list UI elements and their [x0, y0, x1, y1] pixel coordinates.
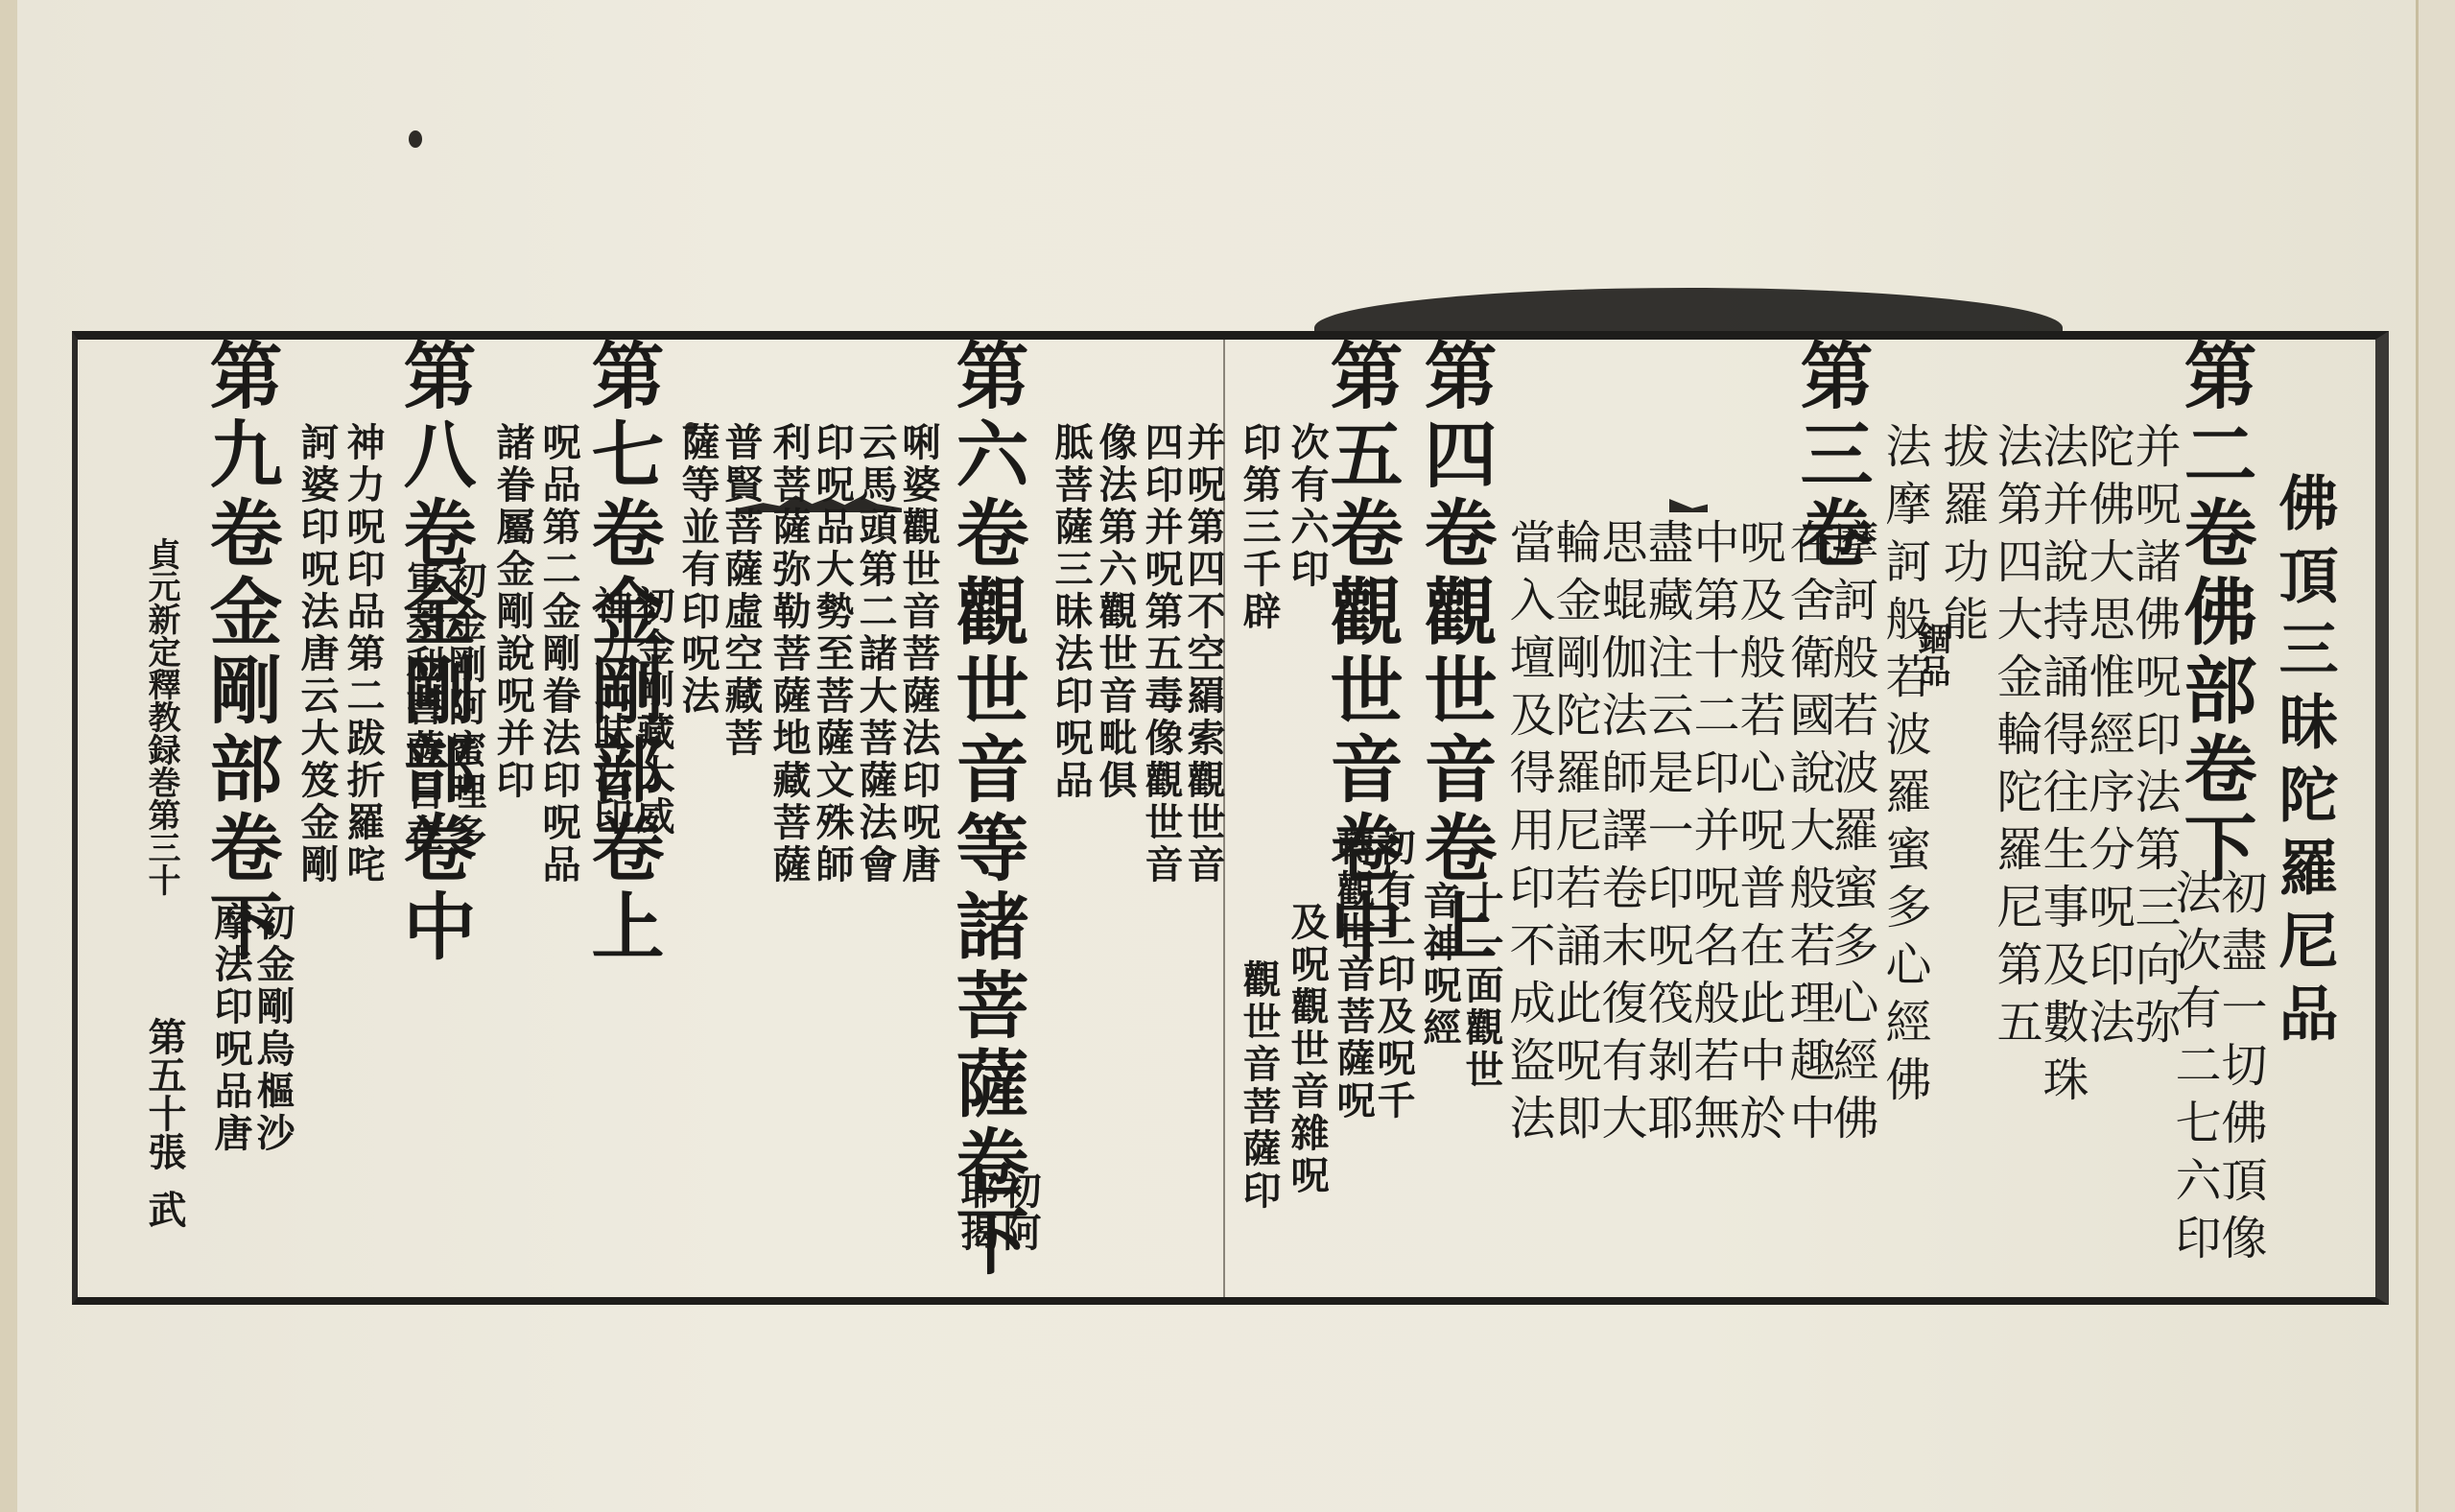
body-col-4b: 法第四大金輪陀羅尼第五	[1992, 422, 2040, 1055]
note-volume-9-a: 初金剛烏樞沙	[251, 902, 294, 1155]
ink-speck	[409, 130, 422, 148]
body-col-6i: 當入壇及得用印不成盜法	[1504, 518, 1552, 1151]
note-volume-7-b: 神力三昧法印	[589, 585, 631, 839]
body-col-6c: 在舍衛國說大般若理趣中	[1784, 518, 1832, 1151]
note-volume-5-b: 轉觀世音菩薩呪	[1332, 827, 1374, 1122]
body-col-12c: 呪品第二金剛眷法印呪品	[537, 422, 579, 886]
body-col-12d: 諸眷屬金剛說呪并印	[491, 422, 533, 802]
body-col-3b: 陀佛大思惟經序分呪印法	[2084, 422, 2132, 1055]
note-volume-5-a: 初有二印及呪千	[1372, 827, 1414, 1122]
body-col-6a: 法摩訶般若波羅蜜多心經佛	[1880, 422, 1928, 1113]
note-volume-4-a: 十一面觀世	[1460, 881, 1502, 1092]
body-col-13c: 神力呪印品第二跋折羅咤	[342, 422, 384, 886]
body-col-11f: 薩等並有印呪法	[676, 422, 719, 718]
body-col-6g: 思蜫伽法師譯卷末復有大	[1596, 518, 1644, 1151]
body-col-11a: 唎婆觀世音菩薩法印呪唐	[897, 422, 939, 886]
book-spine-edge-left	[0, 0, 19, 1512]
note-volume-5-c: 及呪觀世音雜呪	[1286, 902, 1328, 1197]
body-col-6h: 輪金剛陀羅尼若誦此呪即	[1550, 518, 1598, 1151]
page-mark: 武	[144, 1190, 184, 1228]
margin-title-note: 貞元新定釋教録巻第三十	[144, 537, 178, 896]
note-volume-4-b: 音神呪經	[1418, 881, 1460, 1050]
heading-volume-2: 第二卷佛部卷下	[2178, 338, 2251, 888]
note-volume-7-a: 初金剛藏大威	[631, 585, 673, 839]
note-volume-5-e: 觀世音菩薩印	[1238, 959, 1280, 1213]
note-volume-8-a: 初金剛阿蜜哩多	[443, 560, 485, 856]
body-col-9c: 像法第六觀世音毗俱	[1094, 422, 1136, 802]
header-title: 佛頂三昧陀羅尼品	[2274, 472, 2333, 1055]
heading-volume-9: 第九卷金剛部卷下	[203, 338, 276, 967]
heading-volume-6: 第六卷觀世音等諸菩薩卷下	[950, 338, 1023, 1282]
body-col-9b: 四印并呪第五毒像觀世音	[1140, 422, 1182, 886]
note-volume-9-b: 摩法印呪品唐	[209, 902, 251, 1155]
body-col-9a: 并呪第四不空羂索觀世音	[1182, 422, 1224, 886]
note-volume-5-d: 次有六印	[1286, 422, 1328, 591]
body-col-3a: 并呪諸佛呪印法第三向弥	[2130, 422, 2178, 1055]
note-volume-6-b: 耶揭	[956, 1170, 998, 1255]
page-number: 第五十張	[144, 1017, 184, 1170]
note-volume-6-a: 初阿	[998, 1170, 1040, 1255]
heading-volume-4: 第四卷觀世音卷上	[1418, 338, 1491, 967]
body-col-13d: 訶婆印呪法唐云大笈金剛	[295, 422, 338, 886]
note-volume-5-f: 印第三千辟	[1238, 422, 1280, 633]
note-volume-2-a: 初盡一切佛頂像	[2216, 868, 2264, 1271]
body-col-11c: 印呪品大勢至菩薩文殊師	[811, 422, 853, 886]
body-col-6d: 呪及般若心呪普在此中於	[1735, 518, 1782, 1151]
body-col-9d: 胝菩薩三昧法印呪品	[1050, 422, 1092, 802]
body-col-4a: 法并說持誦得往生事及數珠	[2038, 422, 2086, 1113]
body-col-11e: 普賢菩薩虛空藏菩	[720, 422, 762, 760]
body-col-5: 拔羅功能	[1938, 422, 1986, 652]
note-volume-8-b: 軍荼利菩薩自在	[401, 560, 443, 856]
body-col-11d: 利菩薩弥勒菩薩地藏菩薩	[767, 422, 810, 886]
body-col-6e: 中第十二印并呪名般若無	[1688, 518, 1736, 1151]
book-edge-right	[2416, 0, 2455, 1512]
body-col-6f: 盡藏注云是一印呪筏剝耶	[1642, 518, 1690, 1151]
body-col-11b: 云馬頭第二諸大菩薩法會	[854, 422, 896, 886]
